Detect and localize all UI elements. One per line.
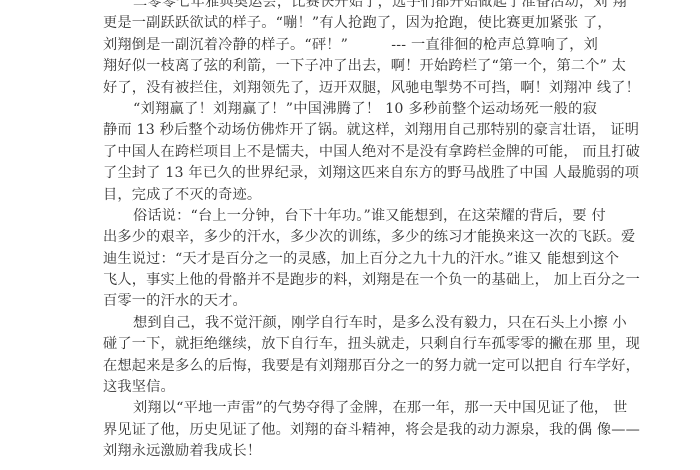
text-line: 好了，没有被拦住，刘翔领先了，迈开双腿，风驰电掣势不可挡，啊！刘翔冲 线了！ bbox=[103, 78, 597, 99]
text-line: 迪生说过：“天才是百分之一的灵感，加上百分之九十九的汗水。”谁又 能想到这个 bbox=[103, 249, 597, 270]
text-line: 界见证了他，历史见证了他。刘翔的奋斗精神，将会是我的动力源泉，我的偶 像—— bbox=[103, 420, 597, 441]
text-line: 目，完成了不灭的奇迹。 bbox=[103, 185, 597, 206]
text-line: 百零一的汗水的天才。 bbox=[103, 291, 597, 312]
text-line: 这我坚信。 bbox=[103, 377, 597, 398]
text-line: 碰了一下，就拒绝继续，放下自行车，扭头就走，只剩自行车孤零零的撇在那 里，现 bbox=[103, 334, 597, 355]
text-line: 翔好似一枝离了弦的利箭，一下子冲了出去，啊！开始跨栏了“第一个，第二个” 太 bbox=[103, 56, 597, 77]
text-line: 刘翔以“平地一声雷”的气势夺得了金牌，在那一年，那一天中国见证了他， 世 bbox=[103, 398, 597, 419]
text-line: 飞人，事实上他的骨骼并不是跑步的料，刘翔是在一个负一的基础上， 加上百分之一 bbox=[103, 270, 597, 291]
text-line: 了尘封了 13 年已久的世界纪录，刘翔这匹来自东方的野马战胜了中国 人最脆弱的项 bbox=[103, 163, 597, 184]
text-line: 更是一副跃跃欲试的样子。“嘣！”有人抢跑了，因为抢跑，使比赛更加紧张 了， bbox=[103, 13, 597, 34]
text-line: 刘翔倒是一副沉着冷静的样子。“砰！” --- 一直徘徊的枪声总算响了，刘 bbox=[103, 35, 597, 56]
text-line: 在想起来是多么的后悔，我要是有刘翔那百分之一的努力就一定可以把自 行车学好， bbox=[103, 356, 597, 377]
text-line: 想到自己，我不觉汗颜，刚学自行车时，是多么没有毅力，只在石头上小擦 小 bbox=[103, 313, 597, 334]
document-page: 二零零七年雅典奥运会，比赛快开始了，选手们都开始做起了准备活动，刘 翔 更是一副… bbox=[103, 0, 597, 463]
text-line: 俗话说：“台上一分钟，台下十年功。”谁又能想到，在这荣耀的背后，要 付 bbox=[103, 206, 597, 227]
text-line: 出多少的艰辛，多少的汗水，多少次的训练，多少的练习才能换来这一次的飞跃。爱 bbox=[103, 227, 597, 248]
text-line: 二零零七年雅典奥运会，比赛快开始了，选手们都开始做起了准备活动，刘 翔 bbox=[103, 0, 597, 13]
text-line: 静而 13 秒后整个动场仿佛炸开了锅。就这样，刘翔用自己那特别的豪言壮语， 证明 bbox=[103, 120, 597, 141]
text-line: 了中国人在跨栏项目上不是懦夫，中国人绝对不是没有拿跨栏金牌的可能， 而且打破 bbox=[103, 142, 597, 163]
text-line: 刘翔永远激励着我成长！ bbox=[103, 441, 597, 462]
text-line: “刘翔赢了！刘翔赢了！”中国沸腾了！ 10 多秒前整个运动场死一般的寂 bbox=[103, 99, 597, 120]
